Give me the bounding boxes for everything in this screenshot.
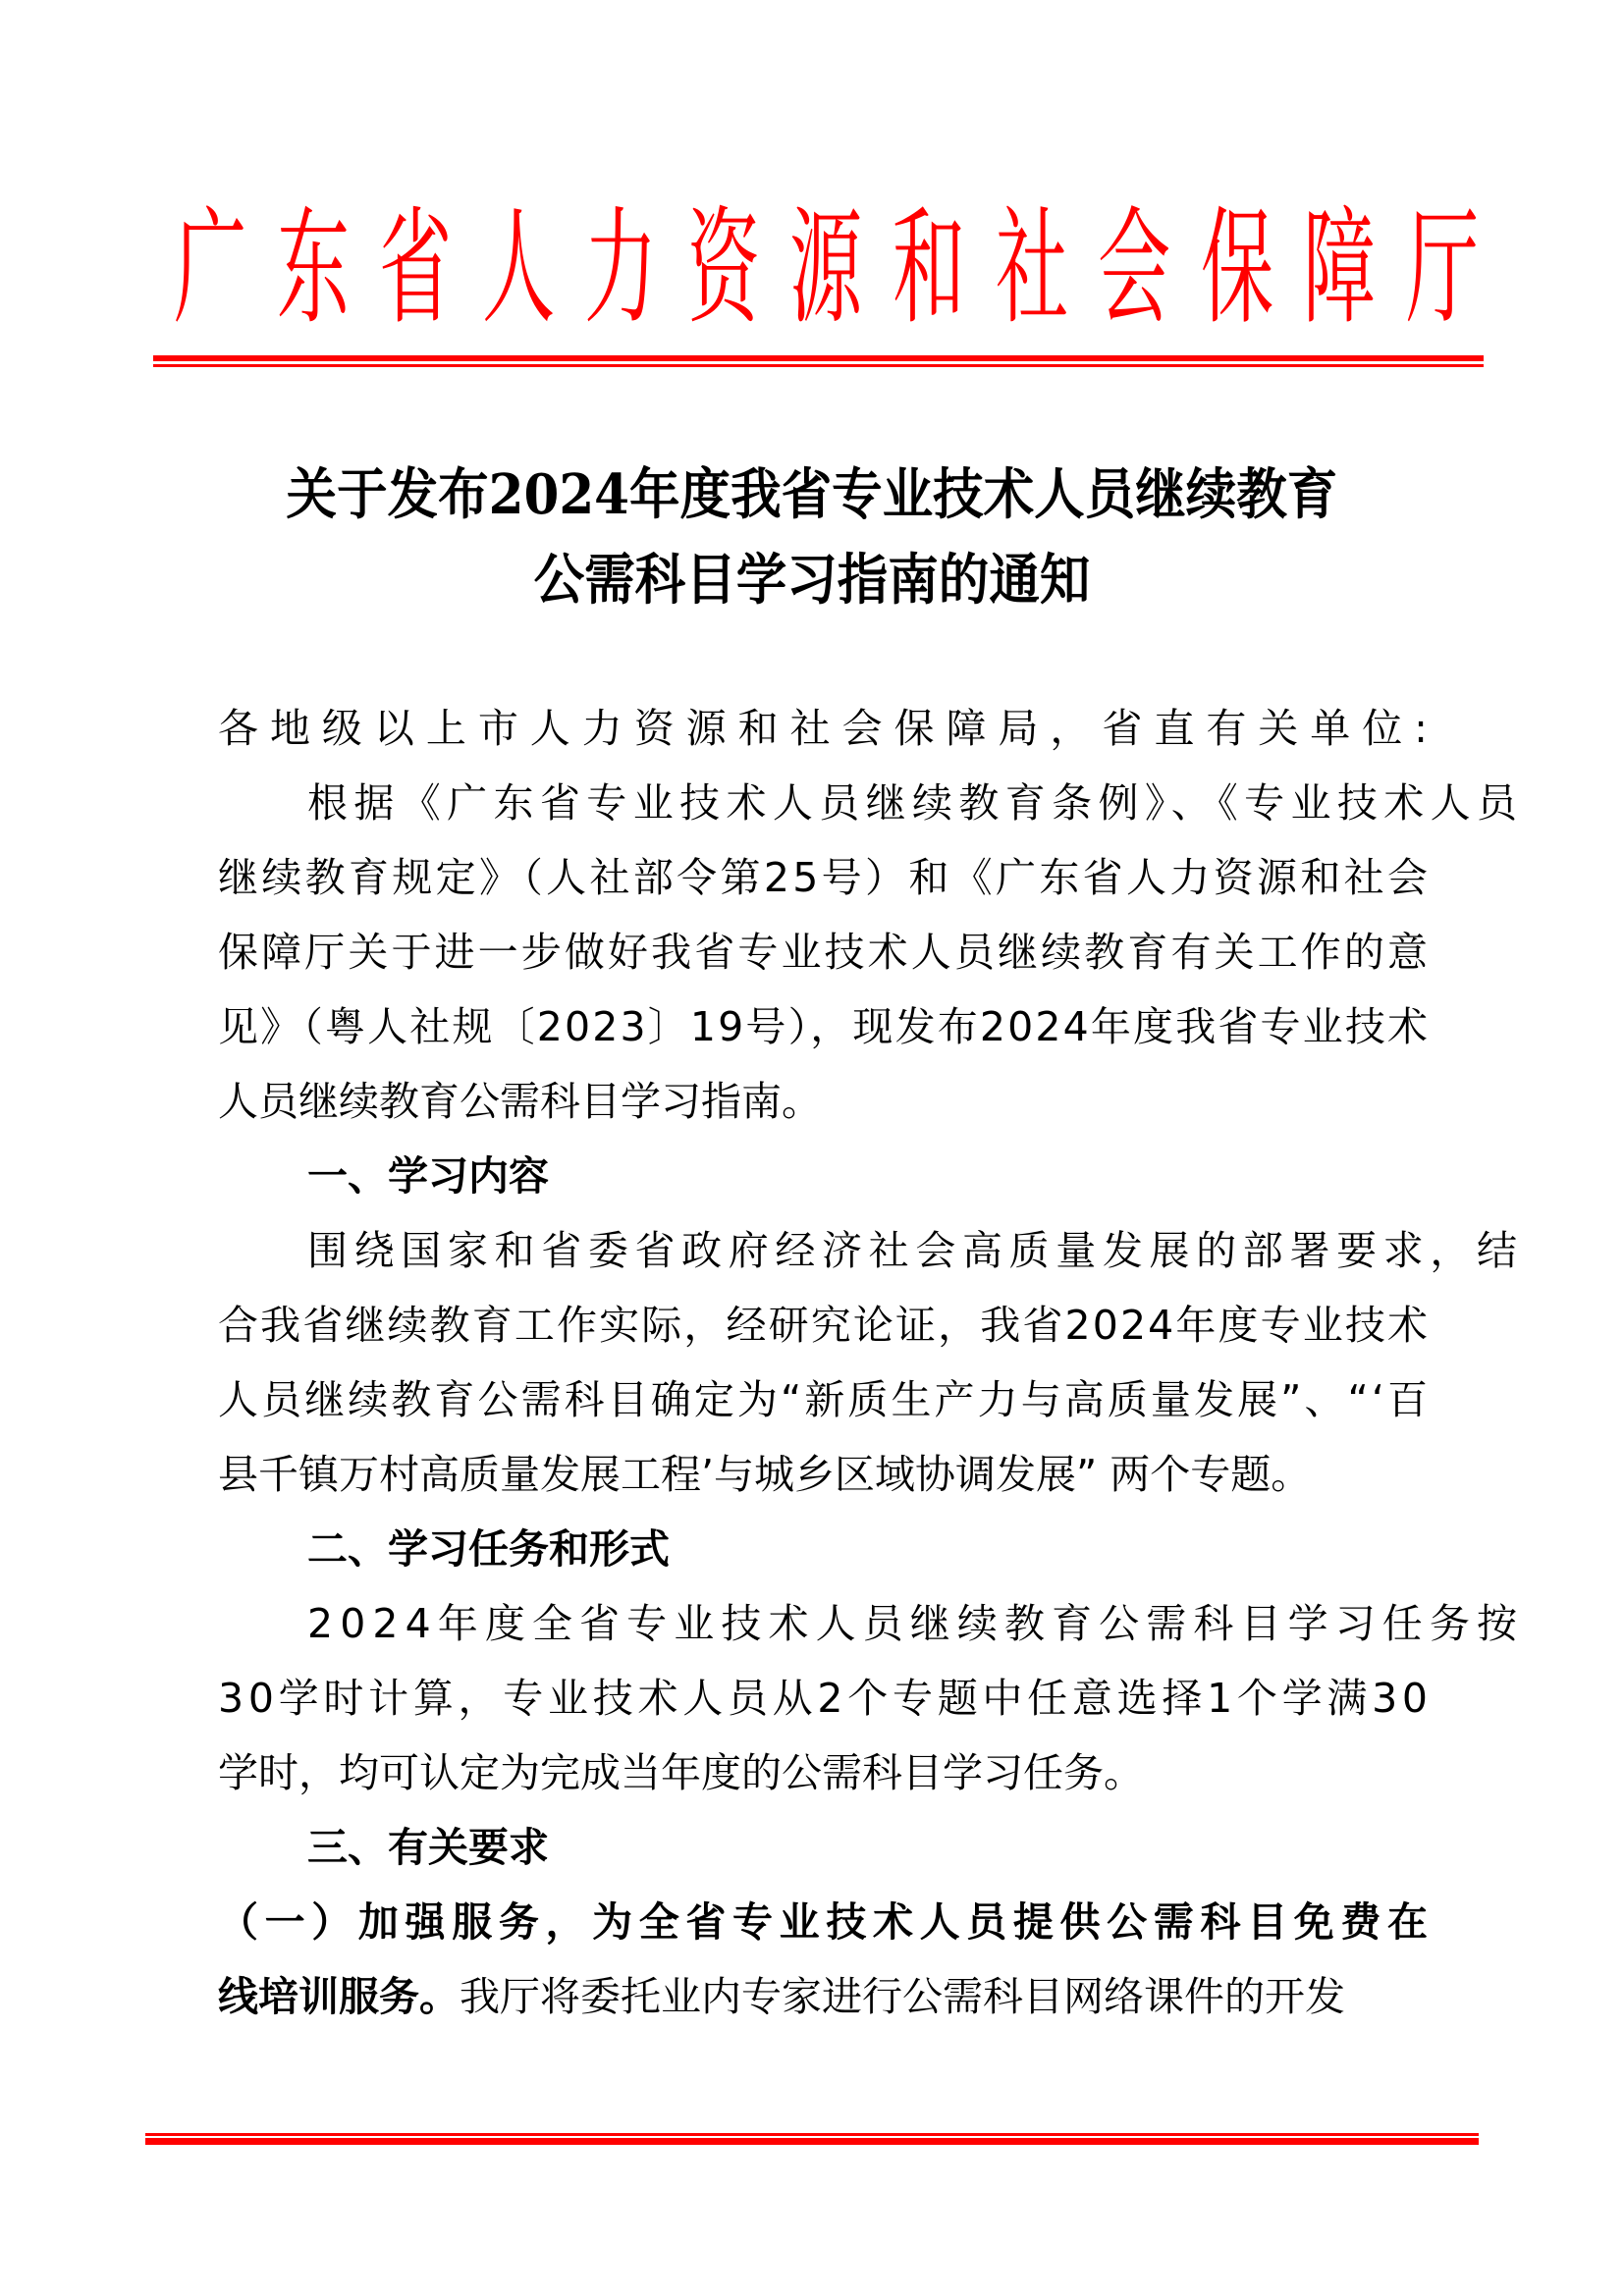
body-line: 2024年度全省专业技术人员继续教育公需科目学习任务按	[218, 1587, 1517, 1661]
document-title-line-1: 关于发布2024年度我省专业技术人员继续教育	[147, 455, 1477, 534]
masthead-char: 和	[893, 192, 949, 346]
section-heading-text: 二、学习任务和形式	[307, 1513, 670, 1586]
body-line: 学时，均可认定为完成当年度的公需科目学习任务。	[218, 1736, 1428, 1810]
body-line-last: 线培训服务。我厅将委托业内专家进行公需科目网络课件的开发	[218, 1960, 1428, 2034]
sub-heading-text: （一）加强服务，为全省专业技术人员提供公需科目免费在	[218, 1886, 1435, 1959]
masthead-char: 广	[174, 192, 231, 346]
body-text: 继续教育规定》（人社部令第25号）和《广东省人力资源和社会	[218, 841, 1431, 915]
body-line: 人员继续教育公需科目确定为“新质生产力与高质量发展”、“‘百	[218, 1363, 1428, 1437]
body-text: 围绕国家和省委省政府经济社会高质量发展的部署要求，结	[307, 1214, 1524, 1288]
addressee: 各地级以上市人力资源和社会保障局，省直有关单位:	[218, 692, 1428, 766]
section-heading-text: 三、有关要求	[307, 1811, 549, 1885]
section-heading-2: 二、学习任务和形式	[218, 1513, 1517, 1586]
document-title-line-2: 公需科目学习指南的通知	[147, 541, 1477, 619]
header-rule-thick	[153, 355, 1484, 361]
masthead-char: 源	[789, 192, 846, 346]
body-line: 根据《广东省专业技术人员继续教育条例》、《专业技术人员	[218, 767, 1517, 840]
body-text: 见》（粤人社规〔2023〕19号），现发布2024年度我省专业技术	[218, 990, 1430, 1064]
footer-rule-thick	[145, 2138, 1479, 2145]
body-line: 见》（粤人社规〔2023〕19号），现发布2024年度我省专业技术	[218, 990, 1428, 1064]
masthead-char: 资	[687, 192, 744, 346]
body-line: 人员继续教育公需科目学习指南。	[218, 1065, 1428, 1139]
title-text-2: 公需科目学习指南的通知	[534, 541, 1091, 619]
masthead-char: 厅	[1406, 192, 1463, 346]
masthead-char: 力	[584, 192, 641, 346]
body-text: 县千镇万村高质量发展工程’与城乡区域协调发展” 两个专题。	[218, 1438, 1311, 1512]
masthead-char: 人	[482, 192, 539, 346]
body-text: 保障厅关于进一步做好我省专业技术人员继续教育有关工作的意	[218, 916, 1431, 989]
body-text: 30学时计算，专业技术人员从2个专题中任意选择1个学满30	[218, 1662, 1433, 1735]
section-heading-1: 一、学习内容	[218, 1140, 1517, 1213]
body-text: 我厅将委托业内专家进行公需科目网络课件的开发	[460, 1973, 1345, 2020]
body-text: 人员继续教育公需科目学习指南。	[218, 1065, 822, 1139]
masthead-char: 保	[1201, 192, 1258, 346]
masthead-title: 广 东 省 人 力 资 源 和 社 会 保 障 厅	[153, 192, 1484, 346]
masthead-char: 障	[1303, 192, 1360, 346]
body-text: 根据《广东省专业技术人员继续教育条例》、《专业技术人员	[307, 767, 1523, 840]
masthead-char: 会	[1098, 192, 1155, 346]
body-text: 人员继续教育公需科目确定为“新质生产力与高质量发展”、“‘百	[218, 1363, 1431, 1437]
footer-rule-thin	[145, 2133, 1479, 2136]
body-line: 保障厅关于进一步做好我省专业技术人员继续教育有关工作的意	[218, 916, 1428, 989]
title-text-1: 关于发布2024年度我省专业技术人员继续教育	[287, 455, 1338, 534]
section-heading-text: 一、学习内容	[307, 1140, 549, 1213]
masthead-char: 社	[996, 192, 1053, 346]
body-line: 围绕国家和省委省政府经济社会高质量发展的部署要求，结	[218, 1214, 1517, 1288]
sub-heading-continuation: 线培训服务。	[218, 1973, 460, 2020]
body-line: 县千镇万村高质量发展工程’与城乡区域协调发展” 两个专题。	[218, 1438, 1428, 1512]
section-heading-3: 三、有关要求	[218, 1811, 1517, 1885]
body-line: 继续教育规定》（人社部令第25号）和《广东省人力资源和社会	[218, 841, 1428, 915]
body-line: 合我省继续教育工作实际，经研究论证，我省2024年度专业技术	[218, 1289, 1428, 1362]
sub-heading-line: （一）加强服务，为全省专业技术人员提供公需科目免费在	[218, 1886, 1428, 1959]
header-rule-thin	[153, 364, 1484, 367]
body-line: 30学时计算，专业技术人员从2个专题中任意选择1个学满30	[218, 1662, 1428, 1735]
masthead-char: 东	[277, 192, 334, 346]
document-page: 广 东 省 人 力 资 源 和 社 会 保 障 厅 关于发布2024年度我省专业…	[0, 0, 1624, 2296]
body-text: 合我省继续教育工作实际，经研究论证，我省2024年度专业技术	[218, 1289, 1430, 1362]
addressee-text: 各地级以上市人力资源和社会保障局，省直有关单位:	[218, 692, 1439, 766]
masthead-char: 省	[379, 192, 436, 346]
body-text: 学时，均可认定为完成当年度的公需科目学习任务。	[218, 1736, 1144, 1810]
body-text: 2024年度全省专业技术人员继续教育公需科目学习任务按	[307, 1587, 1524, 1661]
